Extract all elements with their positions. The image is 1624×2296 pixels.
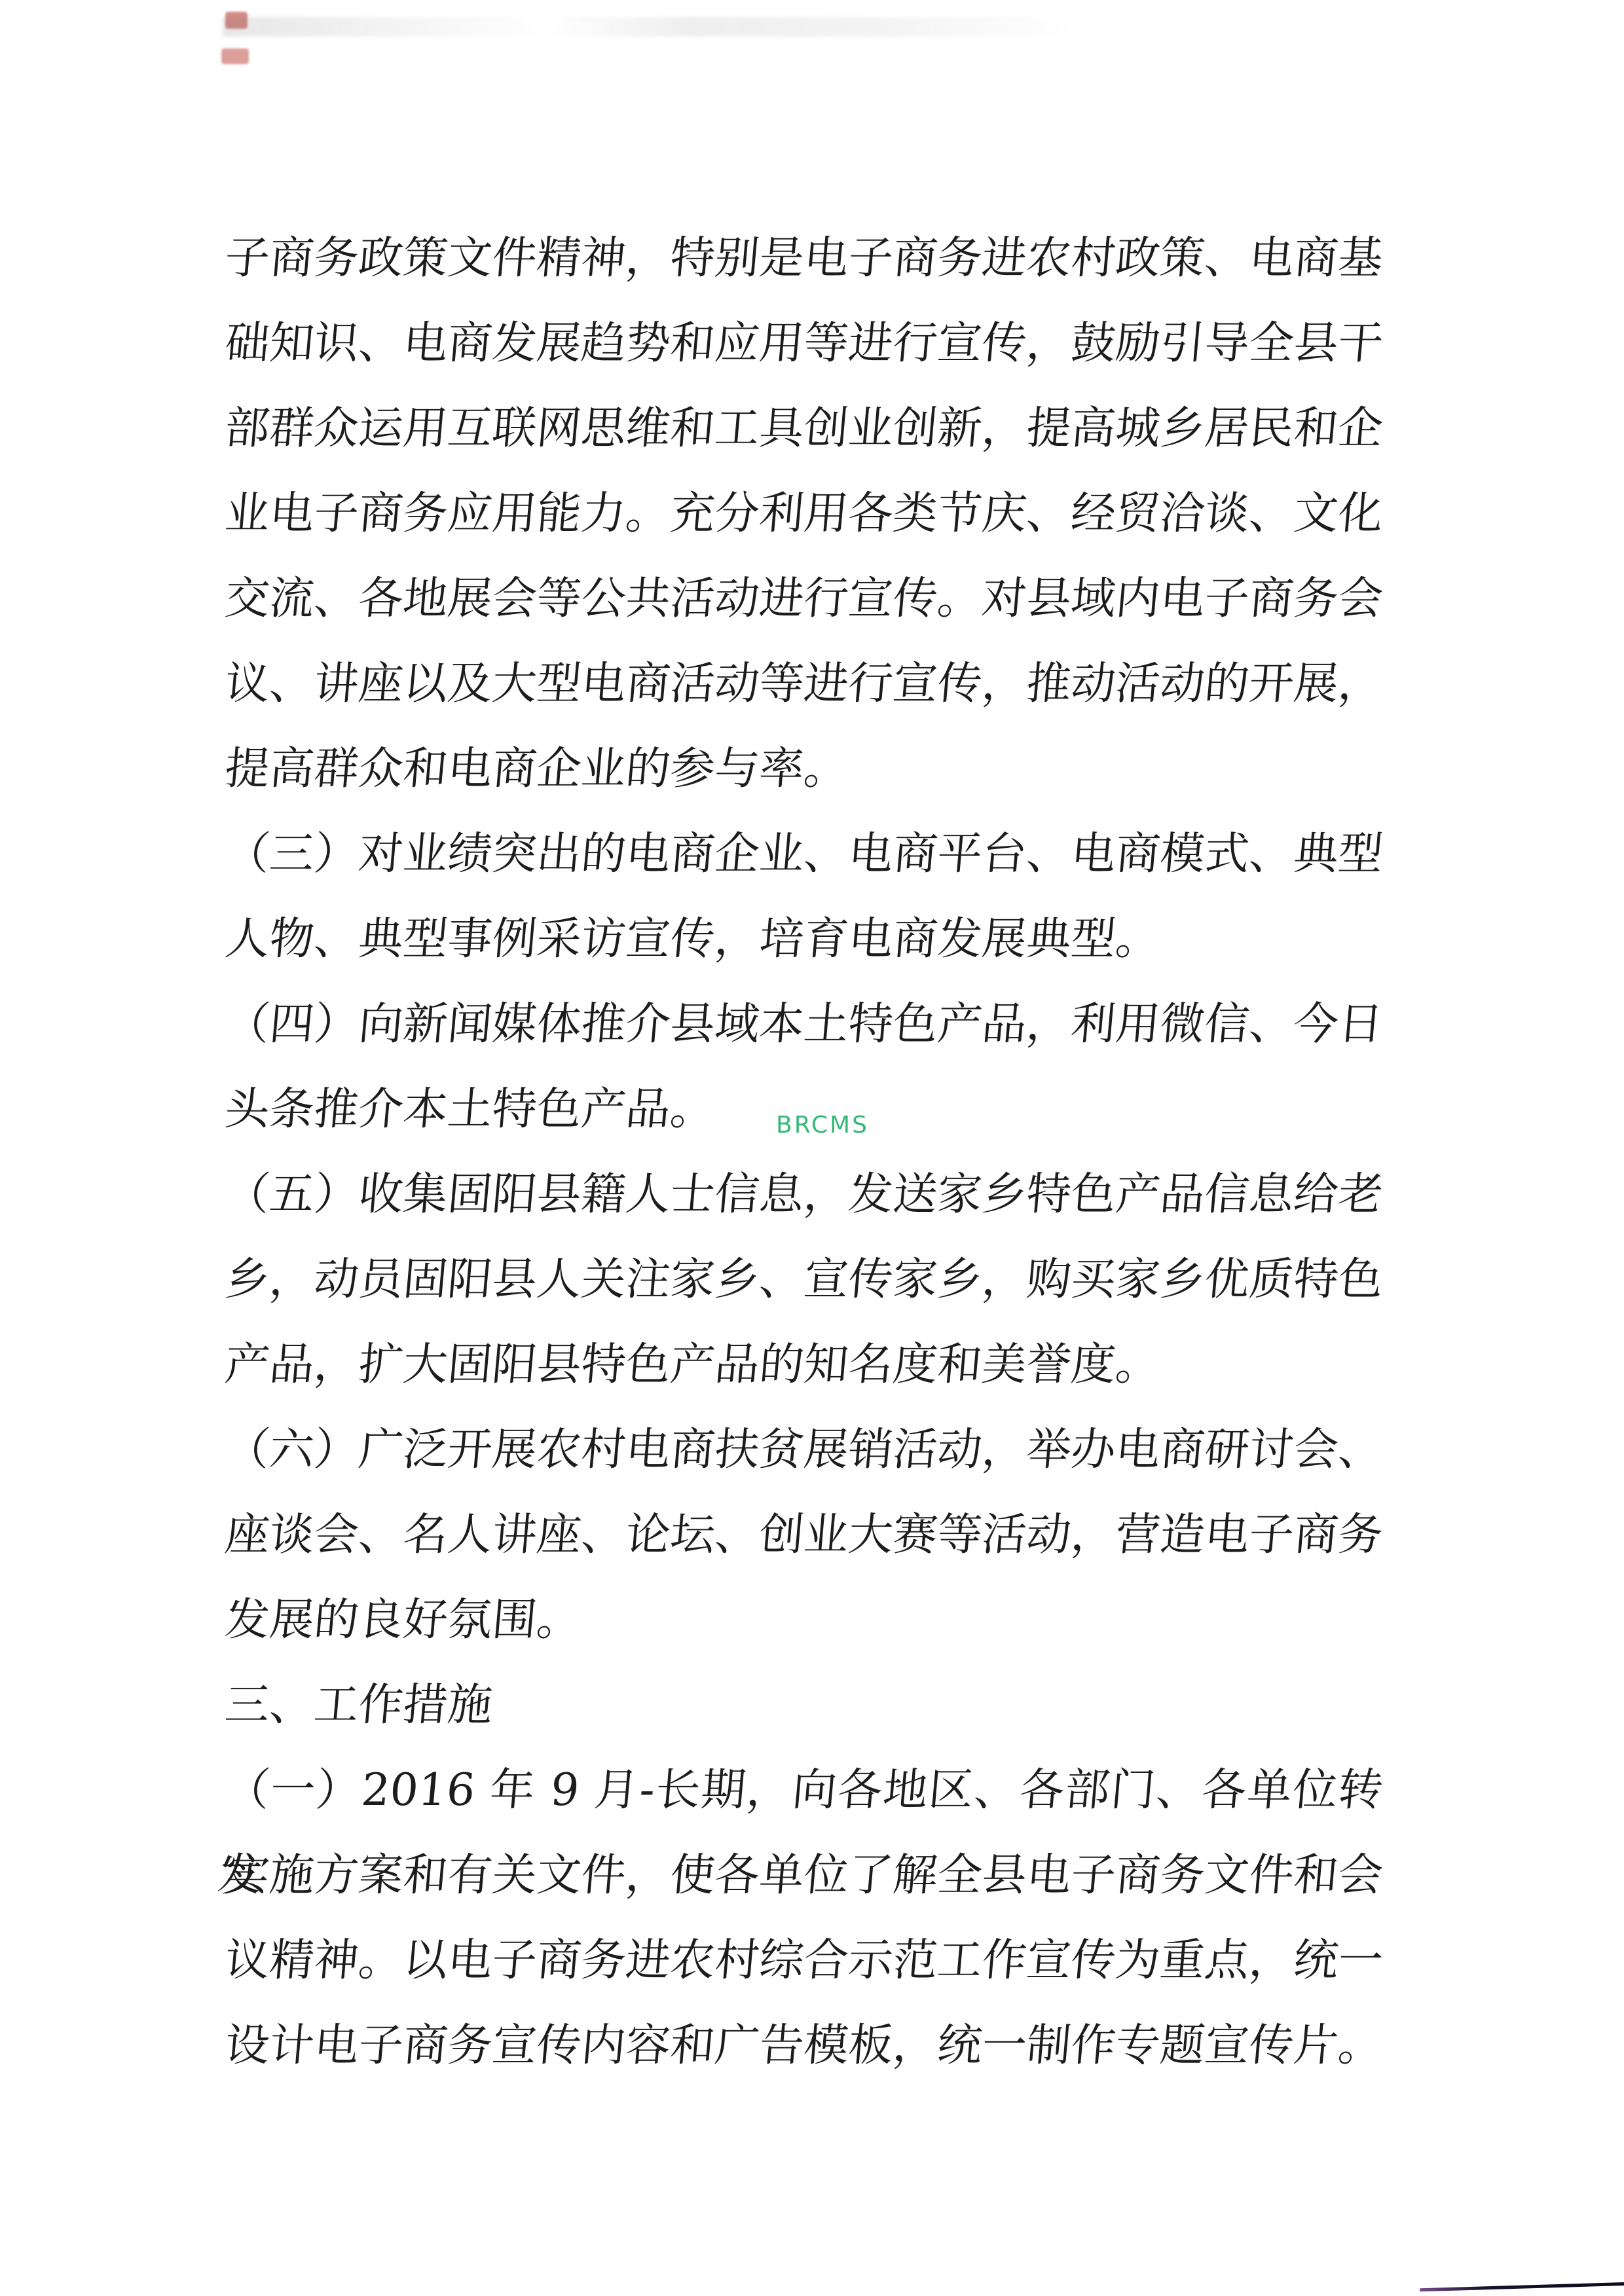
text-line: 座谈会、名人讲座、论坛、创业大赛等活动，营造电子商务	[221, 1493, 1386, 1578]
text-line: 议、讲座以及大型电商活动等进行宣传，推动活动的开展，	[221, 642, 1386, 727]
scan-edge-artifact	[1420, 2282, 1624, 2291]
text-line: 部群众运用互联网思维和工具创业创新，提高城乡居民和企	[221, 386, 1386, 471]
text-line: 子商务政策文件精神，特别是电子商务进农村政策、电商基	[221, 216, 1386, 301]
text-line: 头条推介本土特色产品。	[221, 1067, 1386, 1152]
scan-smudge-artifact	[223, 17, 1074, 37]
text-line: （四）向新闻媒体推介县域本土特色产品，利用微信、今日	[221, 982, 1386, 1067]
text-line: 发展的良好氛围。	[221, 1578, 1386, 1663]
text-line: 交流、各地展会等公共活动进行宣传。对县域内电子商务会	[221, 556, 1386, 642]
text-line: 础知识、电商发展趋势和应用等进行宣传，鼓励引导全县干	[221, 301, 1386, 386]
text-line: 业电子商务应用能力。充分利用各类节庆、经贸洽谈、文化	[221, 471, 1386, 556]
text-line: 乡，动员固阳县人关注家乡、宣传家乡，购买家乡优质特色	[221, 1237, 1386, 1322]
text-line: 实施方案和有关文件，使各单位了解全县电子商务文件和会	[221, 1833, 1386, 1918]
brcms-watermark: BRCMS	[776, 1112, 869, 1139]
text-line: 议精神。以电子商务进农村综合示范工作宣传为重点，统一	[221, 1918, 1386, 2003]
text-line: 设计电子商务宣传内容和广告模板，统一制作专题宣传片。	[221, 2003, 1386, 2088]
text-line: （三）对业绩突出的电商企业、电商平台、电商模式、典型	[221, 812, 1386, 897]
text-line: 产品，扩大固阳县特色产品的知名度和美誉度。	[221, 1322, 1386, 1408]
scanned-document-page: 子商务政策文件精神，特别是电子商务进农村政策、电商基础知识、电商发展趋势和应用等…	[0, 0, 1624, 2296]
text-line: 三、工作措施	[221, 1663, 1386, 1748]
text-line: 提高群众和电商企业的参与率。	[221, 727, 1386, 812]
text-line: （五）收集固阳县籍人士信息，发送家乡特色产品信息给老	[221, 1152, 1386, 1237]
document-body: 子商务政策文件精神，特别是电子商务进农村政策、电商基础知识、电商发展趋势和应用等…	[221, 216, 1379, 2088]
text-line: 人物、典型事例采访宣传，培育电商发展典型。	[221, 897, 1386, 982]
red-stamp-artifact	[221, 48, 249, 64]
text-line: （六）广泛开展农村电商扶贫展销活动，举办电商研讨会、	[221, 1408, 1386, 1493]
text-line: （一）2016 年 9 月-长期，向各地区、各部门、各单位转发	[221, 1748, 1386, 1833]
